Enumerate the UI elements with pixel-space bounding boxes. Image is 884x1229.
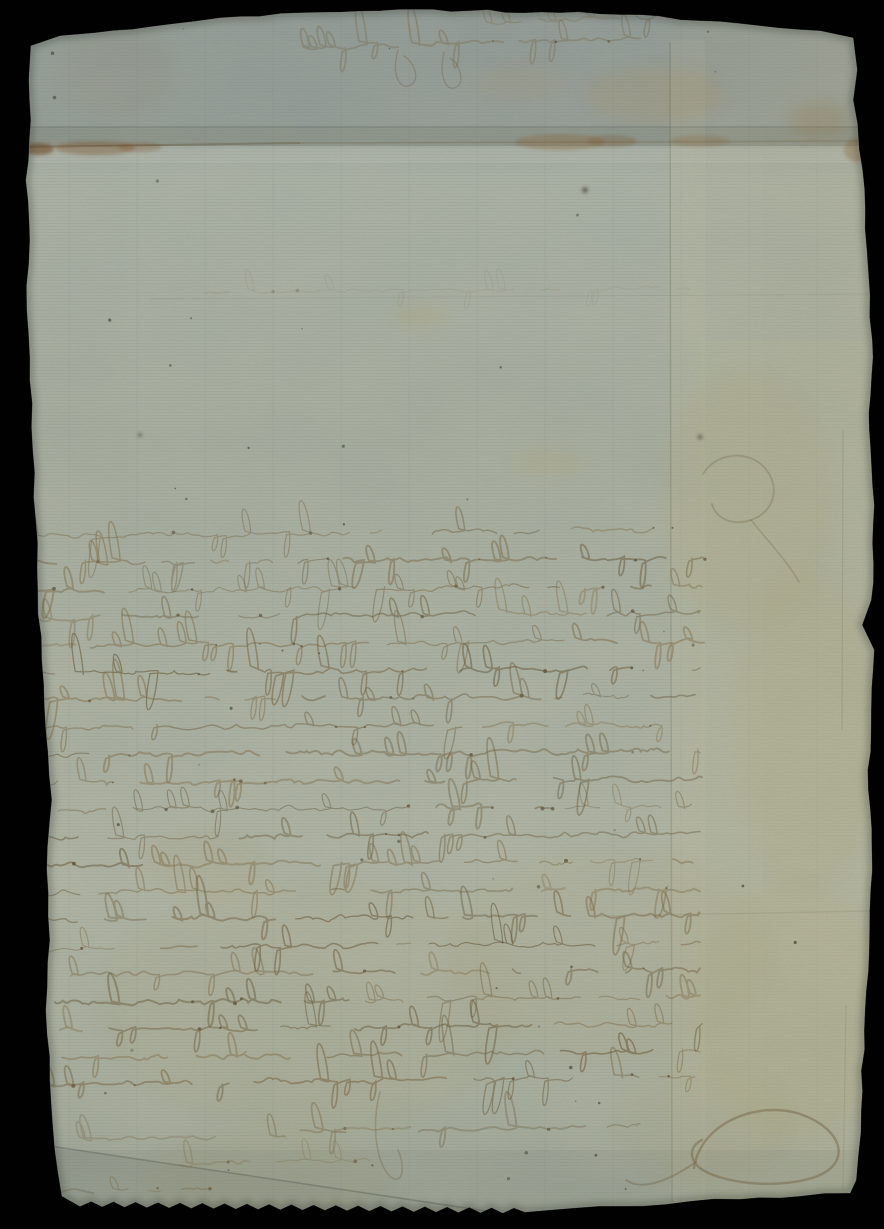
manuscript-photo <box>0 0 884 1229</box>
photo-stage <box>0 0 884 1229</box>
paper-surface-layers <box>0 0 884 1229</box>
film-grain <box>0 0 884 1229</box>
